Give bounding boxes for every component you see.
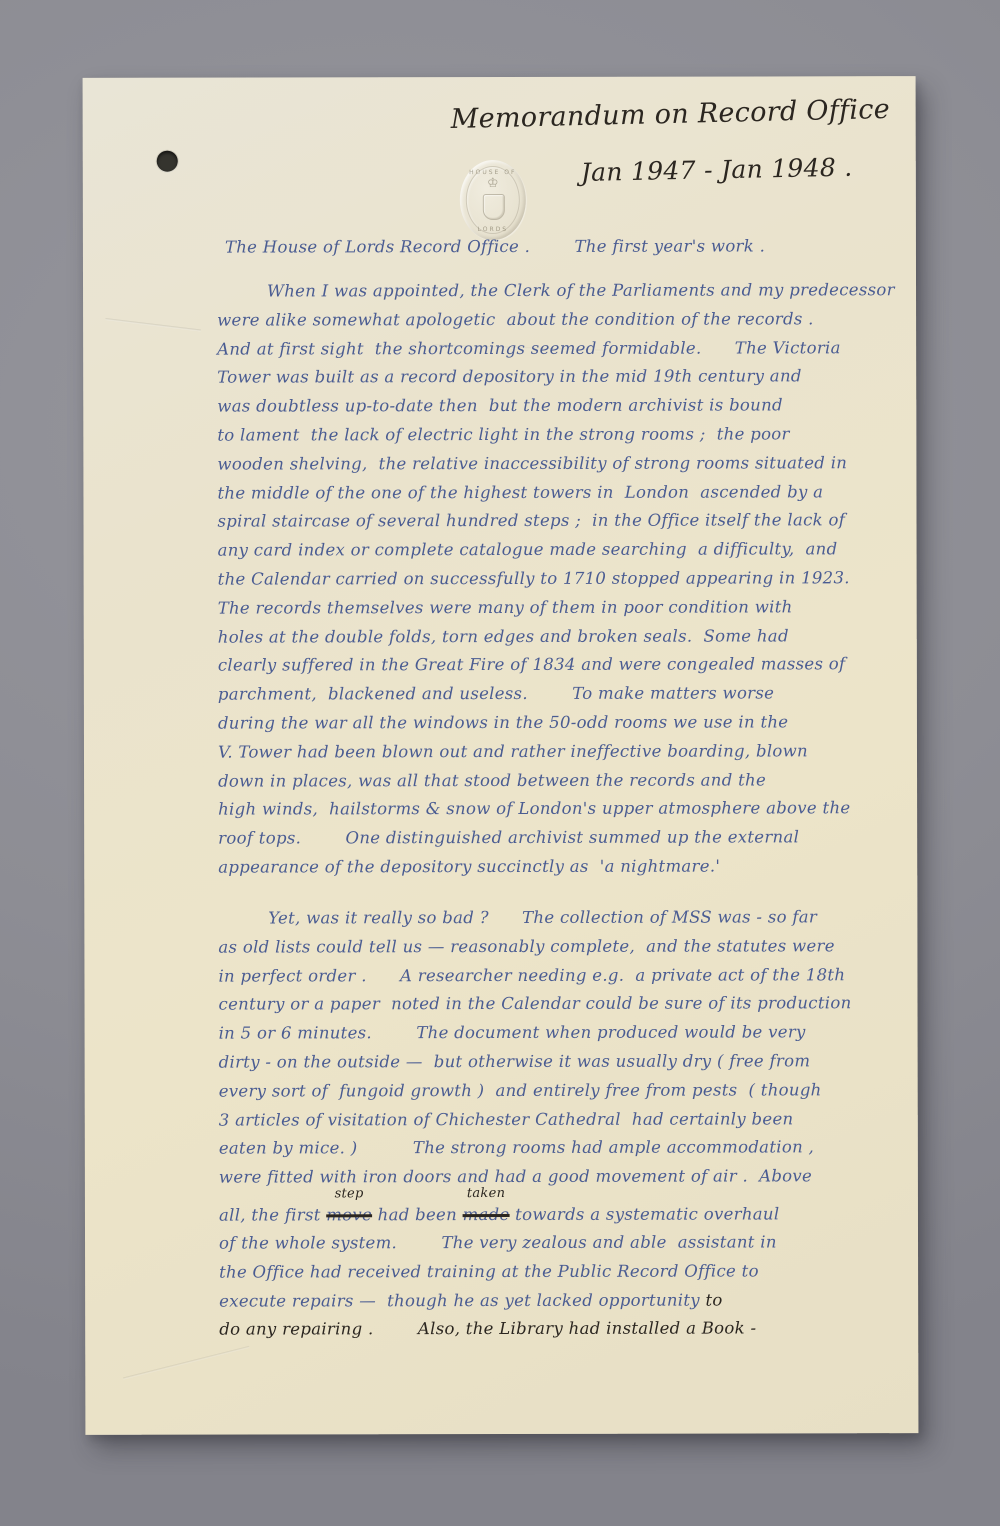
strikethrough-made: made [463,1205,510,1224]
seal-text-bottom: LORDS [460,226,526,233]
line-lacked-opportunity: execute repairs — though he as yet lacke… [219,1286,925,1316]
inserted-word-step: step [335,1187,364,1200]
line-blue-segment: execute repairs — though he as yet lacke… [219,1291,705,1311]
line-black-segment: to [705,1291,722,1310]
correction-post: towards a systematic overhaul [510,1204,780,1224]
house-of-lords-embossed-seal: HOUSE OF ♔ LORDS [460,160,526,240]
paper-crease [123,1346,250,1380]
paragraph-1: When I was appointed, the Clerk of the P… [217,276,924,882]
document-page: HOUSE OF ♔ LORDS Memorandum on Record Of… [83,76,919,1435]
paper-crease [105,318,201,331]
correction-mid: had been [372,1205,463,1224]
memo-title: Memorandum on Record Office [450,93,921,135]
correction-pre: all, the first [219,1205,326,1224]
photo-background: HOUSE OF ♔ LORDS Memorandum on Record Of… [0,0,1000,1526]
final-line: do any repairing . Also, the Library had… [219,1314,925,1344]
punch-hole [157,151,178,172]
crown-icon: ♔ [460,176,526,191]
struck-word-move: stepmove [326,1201,372,1230]
paragraph-2: Yet, was it really so bad ? The collecti… [218,903,925,1192]
correction-line: all, the first stepmove had been takenma… [219,1200,925,1230]
shield-icon [483,194,505,220]
struck-word-made: takenmade [463,1201,510,1230]
memo-dates: Jan 1947 - Jan 1948 . [581,151,941,187]
inserted-word-taken: taken [467,1187,505,1200]
document-heading: The House of Lords Record Office . The f… [225,236,865,256]
strikethrough-move: move [326,1205,372,1224]
paragraph-2-continued: of the whole system. The very zealous an… [219,1228,925,1287]
